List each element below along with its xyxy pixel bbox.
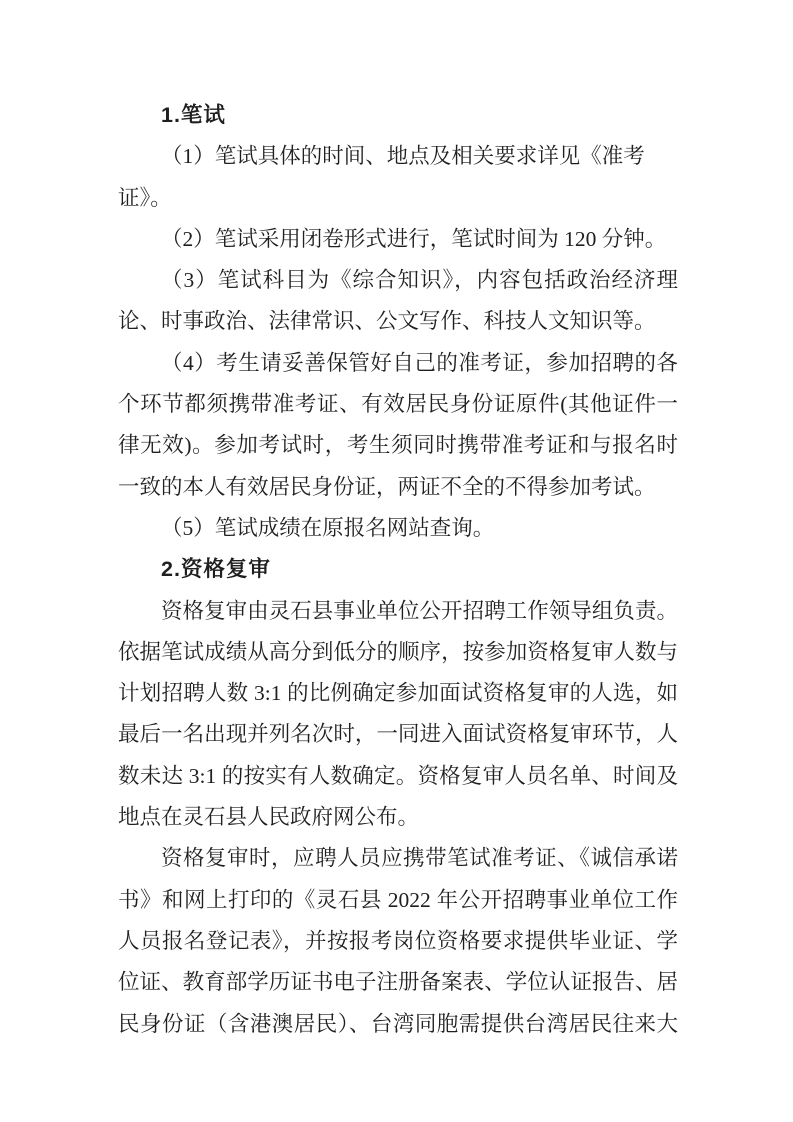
doc-line-item4-4: 一致的本人有效居民身份证，两证不全的不得参加考试。 xyxy=(118,467,678,508)
section-heading-written-test: 1.笔试 xyxy=(118,95,678,136)
doc-line-review-5: 数未达 3:1 的按实有人数确定。资格复审人员名单、时间及 xyxy=(118,756,678,797)
document-page: 1.笔试 （1）笔试具体的时间、地点及相关要求详见《准考证》。 （2）笔试采用闭… xyxy=(0,0,793,1122)
doc-line-review-3: 计划招聘人数 3:1 的比例确定参加面试资格复审的人选，如 xyxy=(118,673,678,714)
doc-line-review-6: 地点在灵石县人民政府网公布。 xyxy=(118,797,678,838)
doc-line-materials-2: 书》和网上打印的《灵石县 2022 年公开招聘事业单位工作 xyxy=(118,880,678,921)
doc-line-review-1: 资格复审由灵石县事业单位公开招聘工作领导组负责。 xyxy=(118,591,678,632)
doc-line-review-2: 依据笔试成绩从高分到低分的顺序，按参加资格复审人数与 xyxy=(118,632,678,673)
doc-line-materials-5: 民身份证（含港澳居民）、台湾同胞需提供台湾居民往来大 xyxy=(118,1004,678,1045)
doc-line-item4-3: 律无效)。参加考试时，考生须同时携带准考证和与报名时 xyxy=(118,425,678,466)
doc-line-materials-1: 资格复审时，应聘人员应携带笔试准考证、《诚信承诺 xyxy=(118,838,678,879)
doc-line-item3-1: （3）笔试科目为《综合知识》，内容包括政治经济理 xyxy=(118,260,678,301)
doc-line-item4-2: 个环节都须携带准考证、有效居民身份证原件(其他证件一 xyxy=(118,384,678,425)
doc-line-item1: （1）笔试具体的时间、地点及相关要求详见《准考证》。 xyxy=(118,136,678,219)
doc-line-materials-3: 人员报名登记表》，并按报考岗位资格要求提供毕业证、学 xyxy=(118,921,678,962)
doc-line-review-4: 最后一名出现并列名次时，一同进入面试资格复审环节，人 xyxy=(118,714,678,755)
doc-line-item3-2: 论、时事政治、法律常识、公文写作、科技人文知识等。 xyxy=(118,301,678,342)
section-heading-qualification-review: 2.资格复审 xyxy=(118,549,678,590)
doc-line-materials-4: 位证、教育部学历证书电子注册备案表、学位认证报告、居 xyxy=(118,962,678,1003)
doc-line-item4-1: （4）考生请妥善保管好自己的准考证，参加招聘的各 xyxy=(118,343,678,384)
document-body: 1.笔试 （1）笔试具体的时间、地点及相关要求详见《准考证》。 （2）笔试采用闭… xyxy=(118,95,678,1045)
doc-line-item2: （2）笔试采用闭卷形式进行，笔试时间为 120 分钟。 xyxy=(118,219,678,260)
doc-line-item5: （5）笔试成绩在原报名网站查询。 xyxy=(118,508,678,549)
